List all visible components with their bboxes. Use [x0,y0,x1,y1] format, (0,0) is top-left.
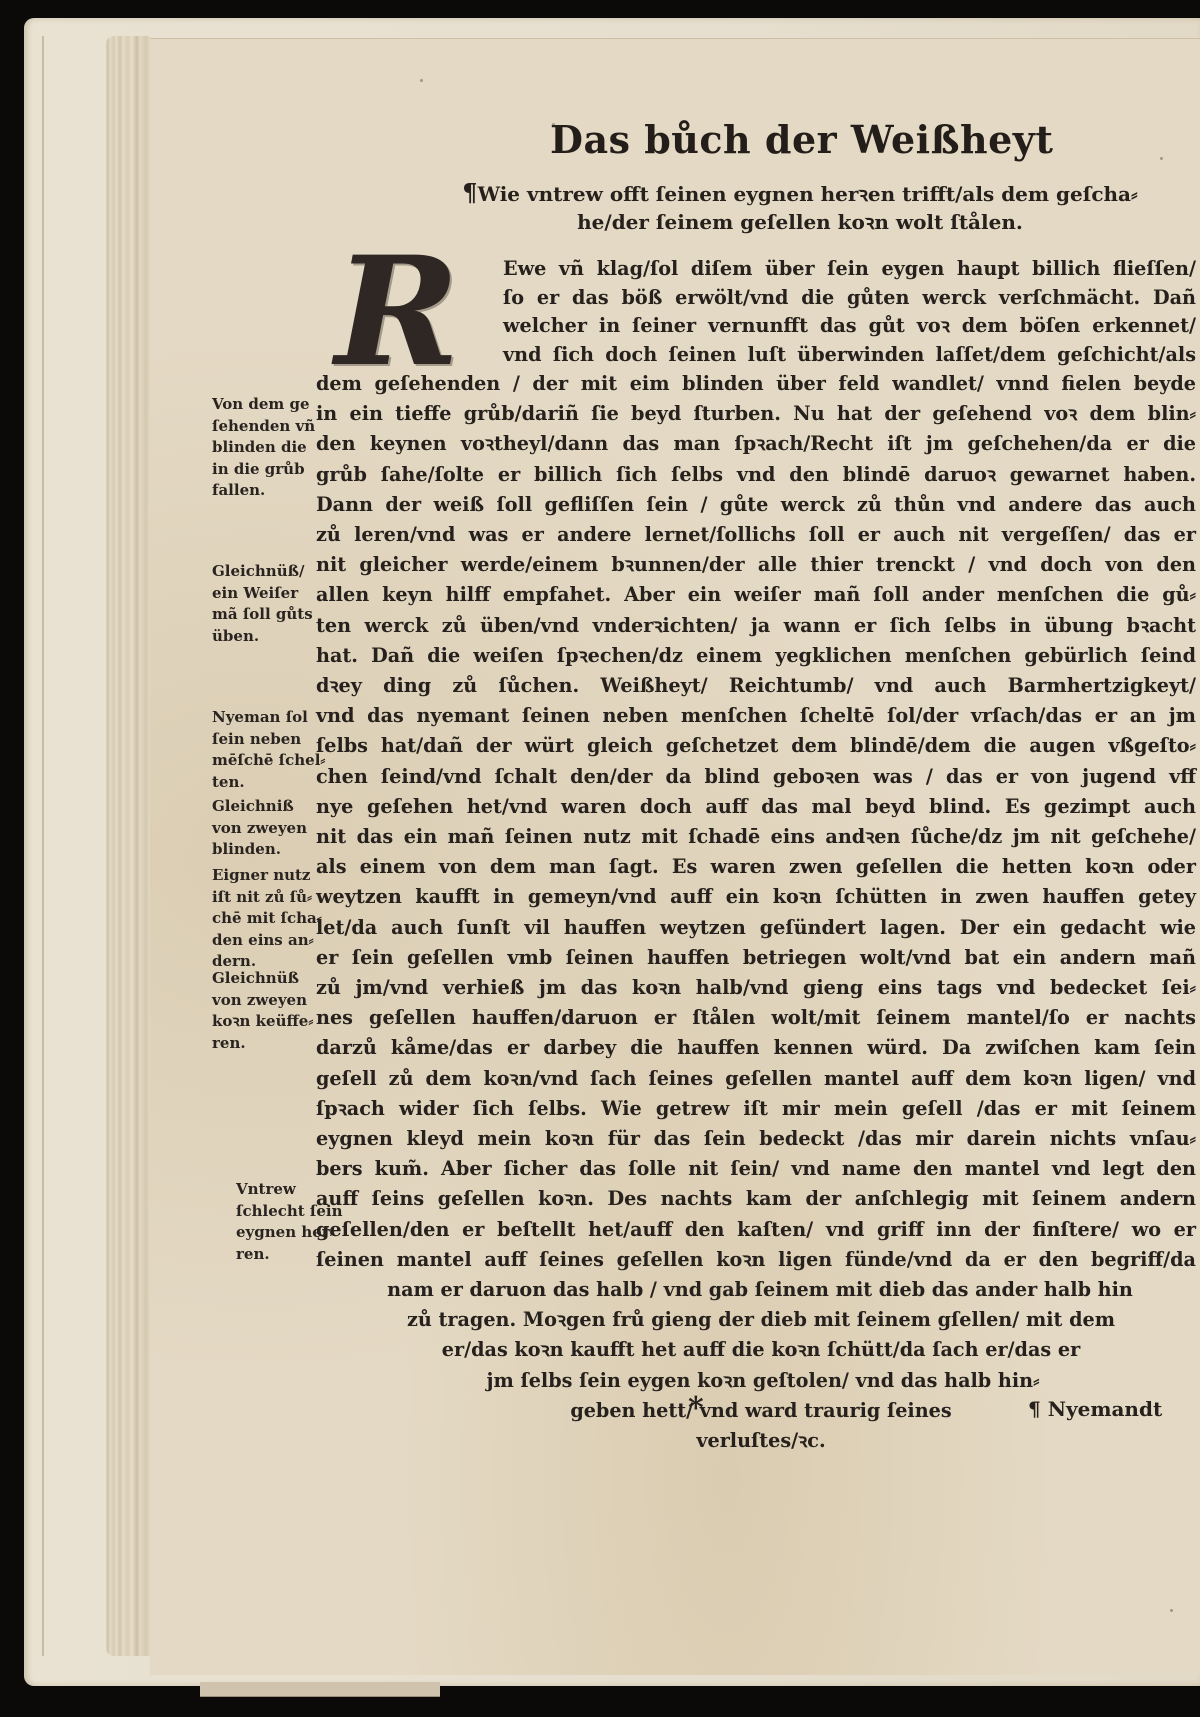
body-line: zů jm/vnd verhieß jm das koꝛn halb/vnd g… [316,973,1196,1003]
body-line: zů tragen. Moꝛgen frů gieng der dieb mit… [386,1305,1136,1335]
body-line: darzů kåme/das er darbey die hauffen ken… [316,1033,1196,1063]
catchword: ¶ Nyemandt [1028,1397,1162,1421]
paper-speck [1170,1609,1173,1612]
gloss-line: ren. [236,1244,346,1266]
body-line: vnd das nyemant ſeinen neben menſchen ſc… [316,701,1196,731]
gloss-line: in die grůb [212,459,322,481]
gloss-line: ten. [212,772,322,794]
paper-speck [420,79,423,82]
body-line: weytzen kaufft in gemeyn/vnd auff ein ko… [316,882,1196,912]
marginal-gloss: Gleichnißvon zweyenblinden. [212,796,322,861]
gloss-line: ren. [212,1033,322,1055]
gloss-line: ein Weiſer [212,583,322,605]
body-line: er ſein geſellen vmb ſeinen hauffen betr… [316,943,1196,973]
body-line: nye geſehen het/vnd waren doch auff das … [316,792,1196,822]
book-page: Das bůch der Weißheyt ¶Wie vntrew offt ſ… [150,38,1200,1675]
running-head: Das bůch der Weißheyt [550,117,1150,162]
gloss-line: üben. [212,626,322,648]
body-line: dem geſehenden / der mit eim blinden übe… [316,369,1196,399]
body-line: geſellen/den er beſtellt het/auff den ka… [316,1215,1196,1245]
pilcrow-icon: ¶ [462,178,477,207]
body-line: ſelbs hat/dañ der würt gleich geſchetzet… [316,731,1196,761]
body-line: geſell zů dem koꝛn/vnd ſach ſeines geſel… [316,1064,1196,1094]
body-line: chen ſeind/vnd ſchalt den/der da blind g… [316,762,1196,792]
body-line: ſpꝛach wider ſich ſelbs. Wie getrew iſt … [316,1094,1196,1124]
body-line: nam er daruon das halb / vnd gab ſeinem … [344,1275,1176,1305]
marginal-gloss: Gleichnüßvon zweyenkoꝛn keüffe⸗ren. [212,968,322,1054]
marginal-gloss: Nyeman ſolſein nebenmēſchē ſchel⸗ten. [212,707,322,793]
body-line: den keynen voꝛtheyl/dann das man ſpꝛach/… [316,429,1196,459]
body-line: dꝛey ding zů ſůchen. Weißheyt/ Reichtumb… [316,671,1196,701]
gloss-line: von zweyen [212,990,322,1012]
body-line: jm ſelbs ſein eygen koꝛn geſtolen/ vnd d… [468,1366,1058,1396]
gloss-line: ſehenden vñ [212,416,322,438]
gloss-line: fallen. [212,480,322,502]
body-line: eygnen kleyd mein koꝛn für das ſein bede… [316,1124,1196,1154]
gloss-line: Gleichniß [212,796,322,818]
gloss-line: Nyeman ſol [212,707,322,729]
paper-speck [552,123,555,126]
gloss-line: eygnen her⸗ [236,1222,346,1244]
gloss-line: den eins an⸗ [212,930,322,952]
marginal-gloss: Vntrewſchlecht ſeineygnen her⸗ren. [236,1179,346,1265]
body-line: let/da auch ſunſt vil hauffen weytzen ge… [316,913,1196,943]
body-line: geben hett/ vnd ward traurig ſeines [546,1396,976,1426]
gloss-line: Eigner nutz [212,865,322,887]
binding-fold [42,36,44,1656]
body-line: bers kum̃. Aber ſicher das ſolle nit ſei… [316,1154,1196,1184]
gloss-line: ſchlecht ſein [236,1201,346,1223]
drop-cap-initial: R [335,237,465,387]
chapter-heading: ¶Wie vntrew offt ſeinen eygnen herꝛen tr… [420,179,1180,236]
gloss-line: Gleichnüß [212,968,322,990]
bottom-page-edge [200,1682,440,1697]
gloss-line: mēſchē ſchel⸗ [212,750,322,772]
gloss-line: iſt nit zů ſů⸗ [212,887,322,909]
body-line: welcher in ſeiner vernunfft das gůt voꝛ … [503,311,1196,341]
body-line: verluſtes/ꝛc. [641,1426,881,1456]
body-line: Dann der weiß ſoll gefliſſen ſein / gůte… [316,490,1196,520]
page-edge-stack [106,36,150,1656]
gloss-line: blinden. [212,839,322,861]
body-line: als einem von dem man ſagt. Es waren zwe… [316,852,1196,882]
chapter-heading-line-1: ¶Wie vntrew offt ſeinen eygnen herꝛen tr… [420,179,1180,208]
body-line: ſo er das böß erwölt/vnd die gůten werck… [503,283,1196,313]
body-line: ſeinen mantel auff ſeines geſellen koꝛn … [316,1245,1196,1275]
marginal-gloss: Von dem geſehenden vñblinden diein die g… [212,394,322,502]
gloss-line: koꝛn keüffe⸗ [212,1011,322,1033]
marginal-gloss: Eigner nutziſt nit zů ſů⸗chē mit ſcha⸗de… [212,865,322,973]
body-line: allen keyn hilff empfahet. Aber ein weiſ… [316,580,1196,610]
body-line: hat. Dañ die weiſen ſpꝛechen/dz einem ye… [316,641,1196,671]
body-line: nit das ein mañ ſeinen nutz mit ſchadē e… [316,822,1196,852]
body-line: zů leren/vnd was er andere lernet/ſollic… [316,520,1196,550]
paper-speck [1160,157,1163,160]
gloss-line: Vntrew [236,1179,346,1201]
body-line: ten werck zů üben/vnd vnderꝛichten/ ja w… [316,611,1196,641]
chapter-heading-line-2: he/der ſeinem geſellen koꝛn wolt ſtålen. [420,208,1180,236]
gloss-line: Gleichnüß/ [212,561,322,583]
marginal-gloss: Gleichnüß/ein Weiſermã ſoll gůtsüben. [212,561,322,647]
body-line: er/das koꝛn kaufft het auff die koꝛn ſch… [431,1335,1091,1365]
gloss-line: Von dem ge [212,394,322,416]
gloss-line: mã ſoll gůts [212,604,322,626]
body-line: nit gleicher werde/einem bꝛunnen/der all… [316,550,1196,580]
gloss-line: von zweyen [212,818,322,840]
gloss-line: chē mit ſcha⸗ [212,908,322,930]
body-line: auff ſeins geſellen koꝛn. Des nachts kam… [316,1184,1196,1214]
body-line: vnd ſich doch ſeinen luſt überwinden laſ… [503,340,1196,370]
body-line: in ein tieffe grůb/dariñ ſie beyd ſturbe… [316,399,1196,429]
body-line: grůb ſahe/ſolte er billich ſich ſelbs vn… [316,460,1196,490]
end-ornament: * [688,1391,704,1426]
gloss-line: ſein neben [212,729,322,751]
body-line: nes geſellen hauffen/daruon er ſtålen wo… [316,1003,1196,1033]
body-line: Ewe vñ klag/ſol diſem über ſein eygen ha… [503,254,1196,284]
gloss-line: blinden die [212,437,322,459]
